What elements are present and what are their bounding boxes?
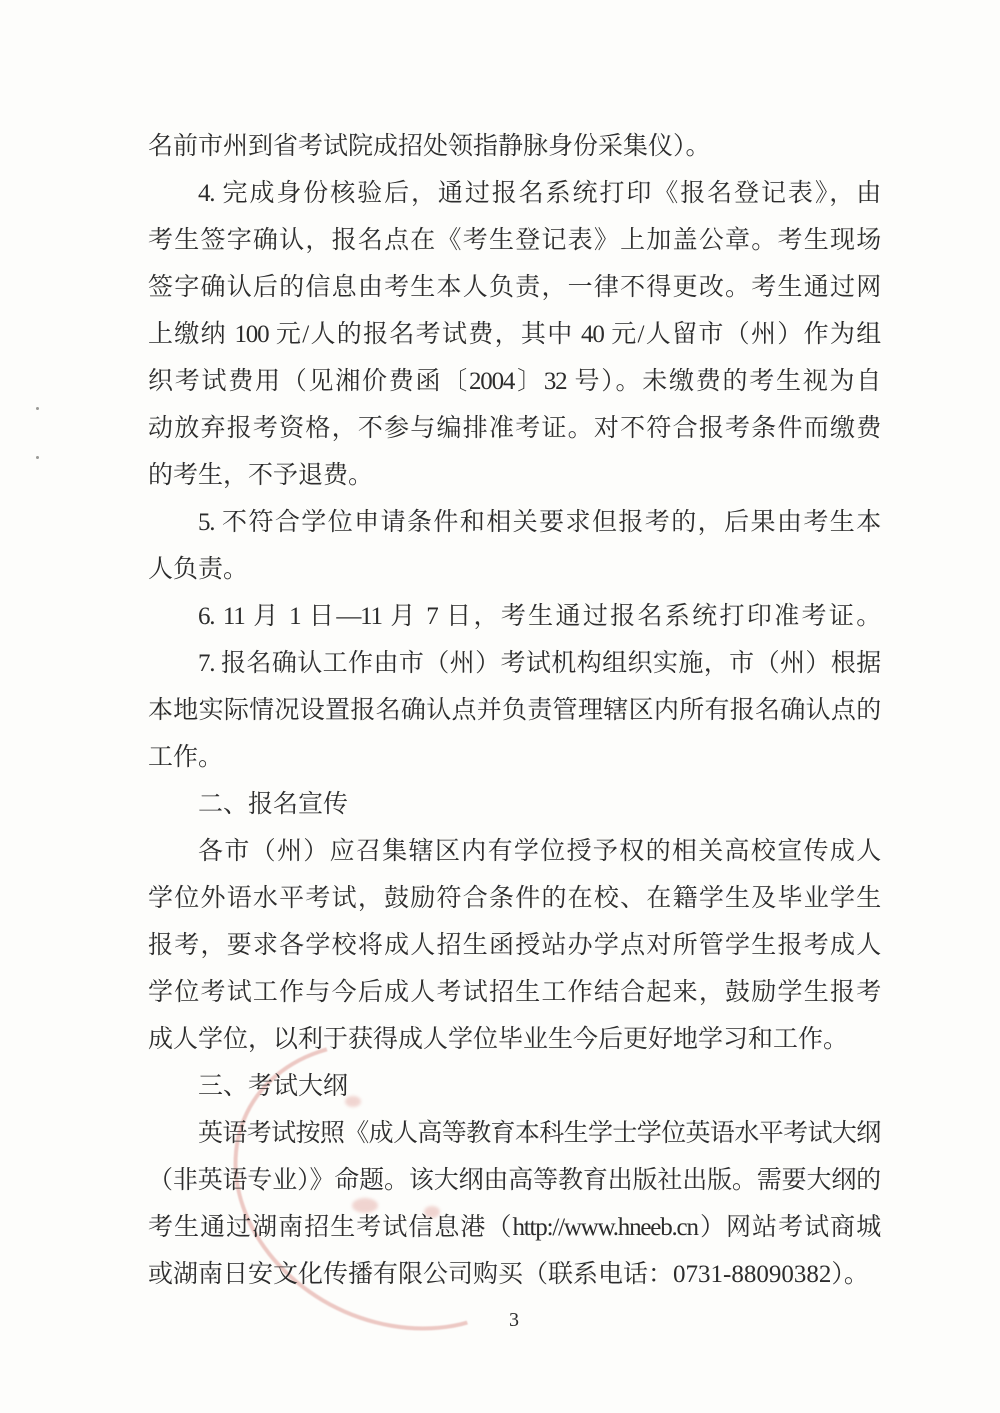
page-number: 3 [148,1300,880,1340]
scan-speck [36,407,39,410]
text-line: 考生签字确认，报名点在《考生登记表》上加盖公章。考生现场 [148,217,880,264]
text-line: 名前市州到省考试院成招处领指静脉身份采集仪）。 [148,123,880,170]
text-line: 报考，要求各学校将成人招生函授站办学点对所管学生报考成人 [148,922,880,969]
document-body: 名前市州到省考试院成招处领指静脉身份采集仪）。4. 完成身份核验后，通过报名系统… [148,123,880,1298]
text-line: 或湖南日安文化传播有限公司购买（联系电话：0731-88090382）。 [148,1251,880,1298]
text-line: 动放弃报考资格，不参与编排准考证。对不符合报考条件而缴费 [148,405,880,452]
text-line: 7. 报名确认工作由市（州）考试机构组织实施，市（州）根据 [148,640,880,687]
text-line: （非英语专业）》命题。该大纲由高等教育出版社出版。需要大纲的 [148,1157,880,1204]
scan-speck [36,456,39,459]
text-line: 上缴纳 100 元/人的报名考试费，其中 40 元/人留市（州）作为组 [148,311,880,358]
text-line: 二、报名宣传 [148,781,880,828]
text-line: 4. 完成身份核验后，通过报名系统打印《报名登记表》，由 [148,170,880,217]
document-page: 名前市州到省考试院成招处领指静脉身份采集仪）。4. 完成身份核验后，通过报名系统… [0,0,1000,1413]
text-line: 本地实际情况设置报名确认点并负责管理辖区内所有报名确认点的 [148,687,880,734]
text-line: 签字确认后的信息由考生本人负责，一律不得更改。考生通过网 [148,264,880,311]
text-line: 的考生，不予退费。 [148,452,880,499]
text-line: 三、考试大纲 [148,1063,880,1110]
text-line: 织考试费用（见湘价费函〔2004〕32 号）。未缴费的考生视为自 [148,358,880,405]
text-line: 英语考试按照《成人高等教育本科生学士学位英语水平考试大纲 [148,1110,880,1157]
text-line: 人负责。 [148,546,880,593]
text-line: 6. 11 月 1 日—11 月 7 日，考生通过报名系统打印准考证。 [148,593,880,640]
text-line: 成人学位，以利于获得成人学位毕业生今后更好地学习和工作。 [148,1016,880,1063]
text-line: 学位考试工作与今后成人考试招生工作结合起来，鼓励学生报考 [148,969,880,1016]
text-line: 各市（州）应召集辖区内有学位授予权的相关高校宣传成人 [148,828,880,875]
text-line: 工作。 [148,734,880,781]
text-line: 5. 不符合学位申请条件和相关要求但报考的，后果由考生本 [148,499,880,546]
text-line: 学位外语水平考试，鼓励符合条件的在校、在籍学生及毕业学生 [148,875,880,922]
text-line: 考生通过湖南招生考试信息港（http://www.hneeb.cn）网站考试商城 [148,1204,880,1251]
